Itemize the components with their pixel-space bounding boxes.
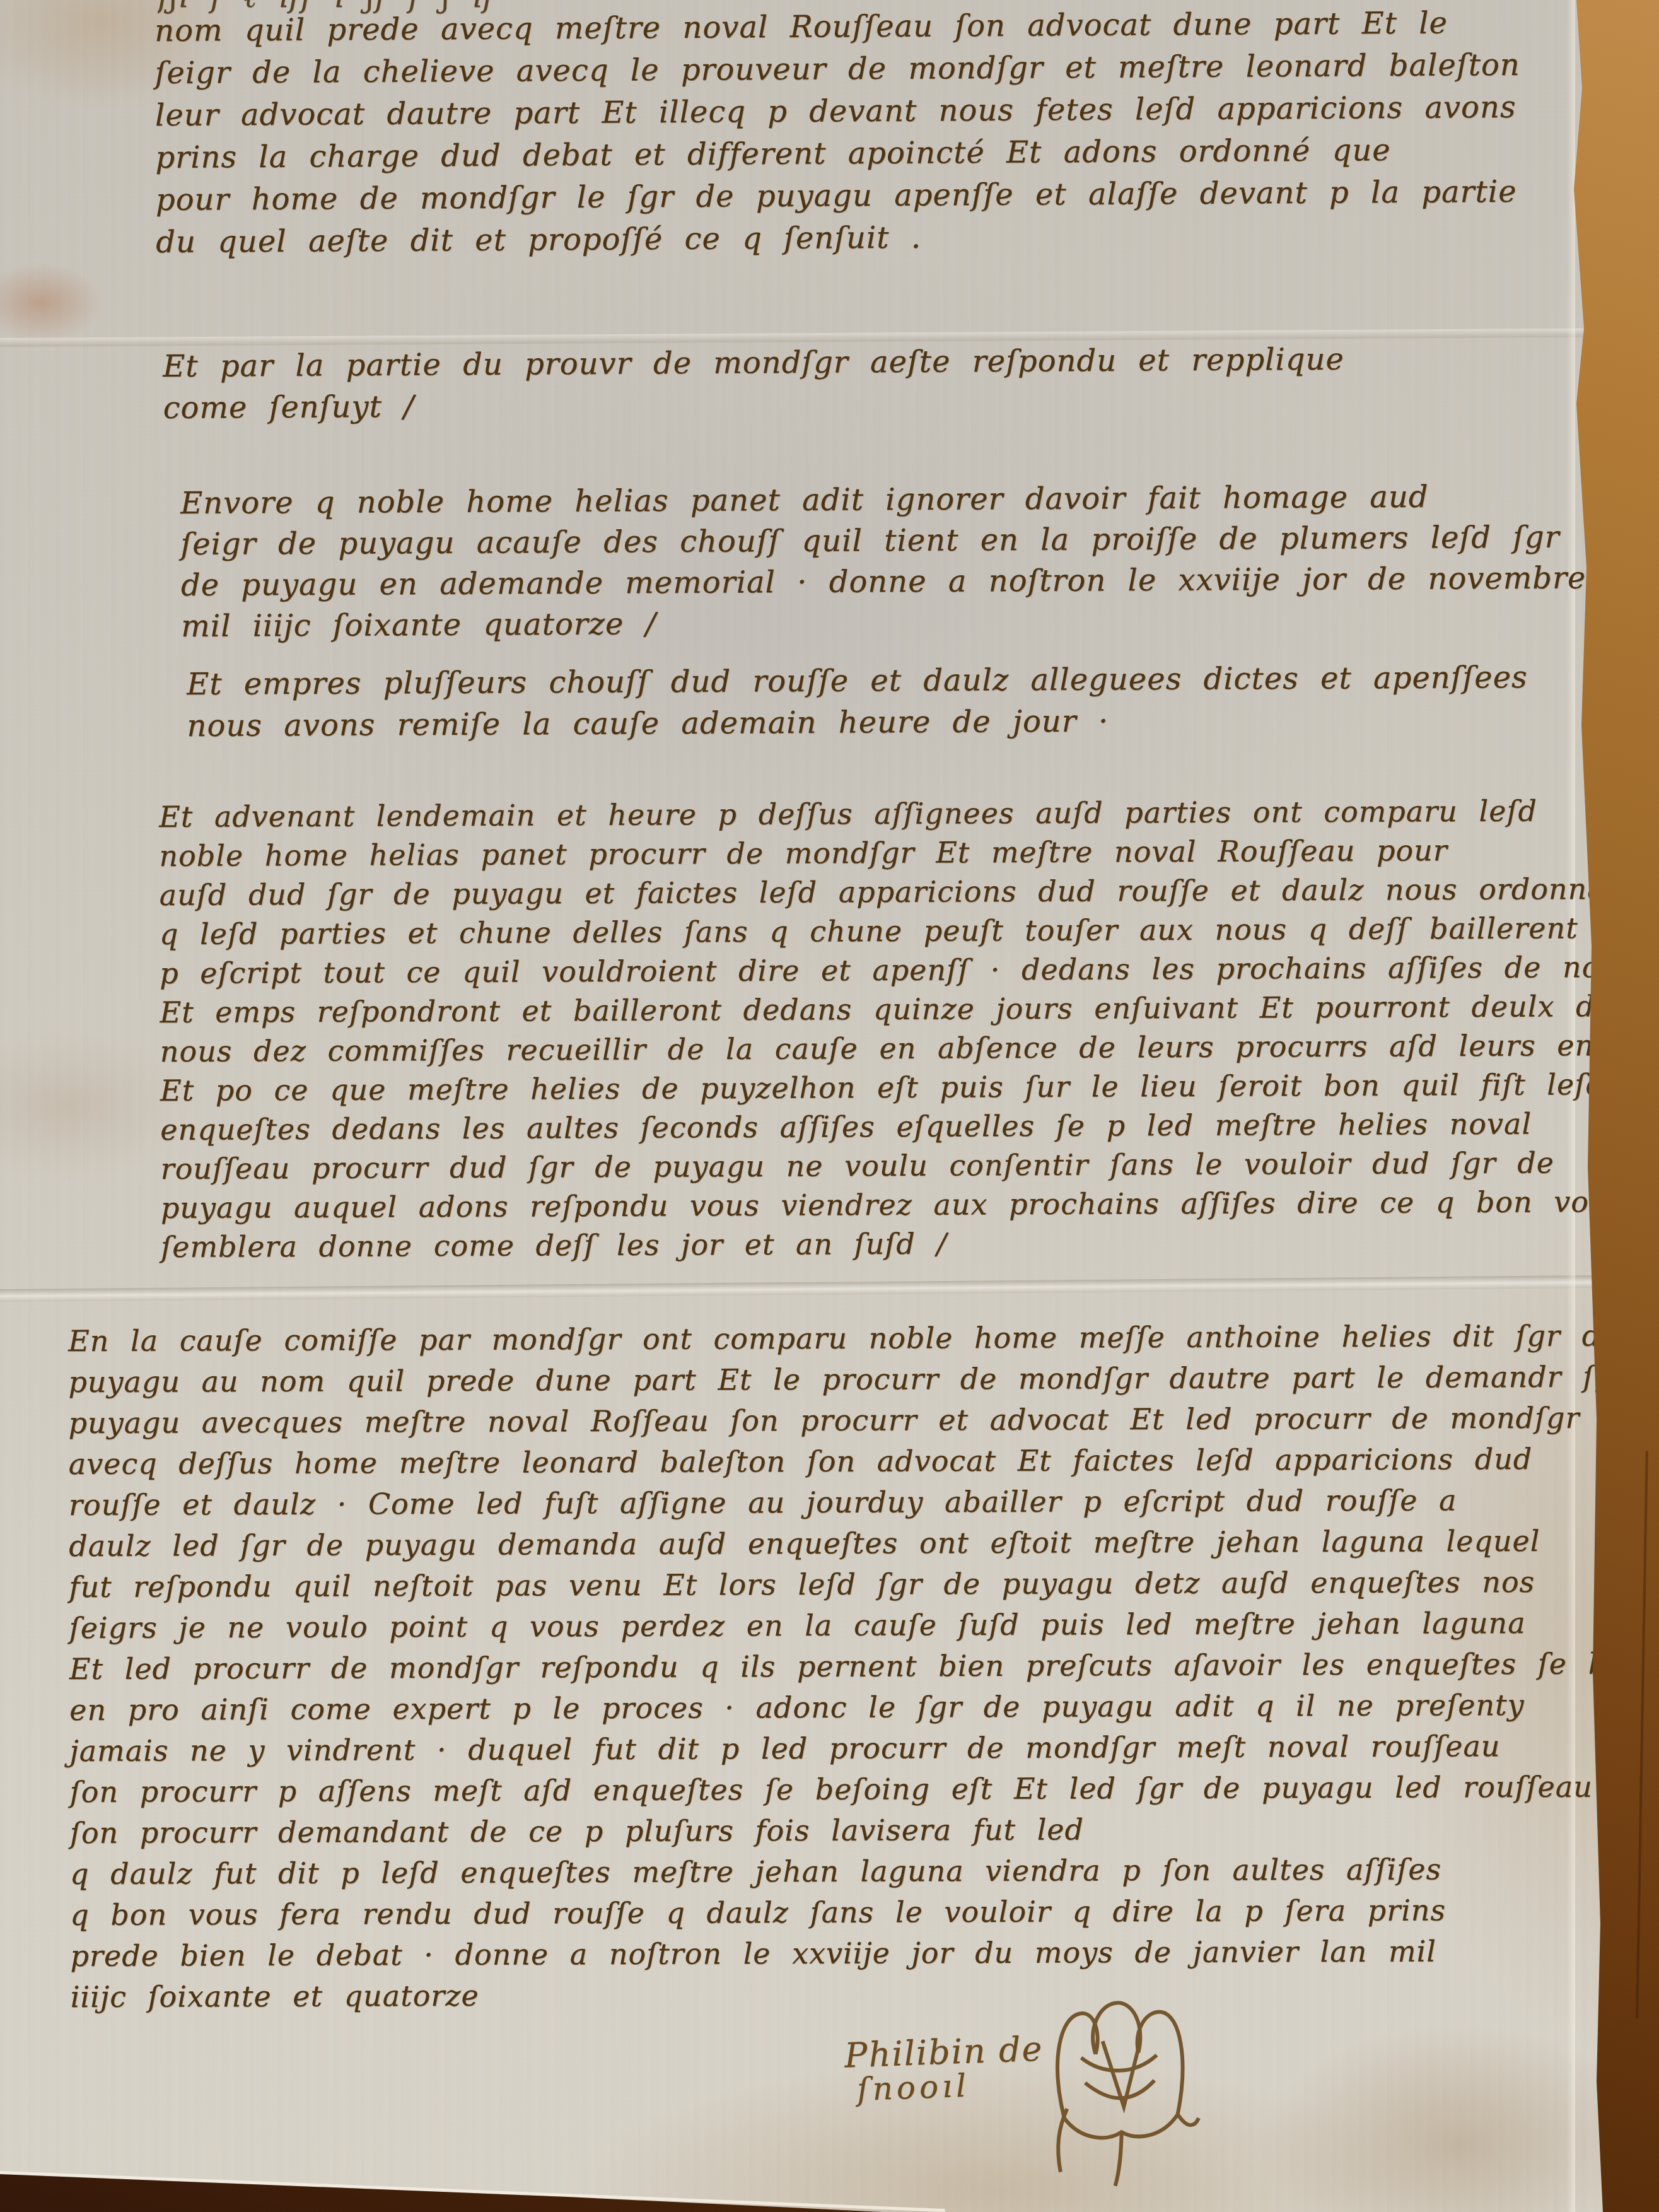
manuscript-line: ſemblera donne come deſſ les jor et an ſ… <box>161 1220 1659 1267</box>
manuscript-line: de puyagu en ademande memorial · donne a… <box>181 558 1657 606</box>
manuscript-line: du quel aeſte dit et propoſſé ce q ſenſu… <box>156 213 1521 264</box>
manuscript-line: En la cauſe comiſſe par mondſgr ont comp… <box>68 1315 1659 1362</box>
manuscript-line: q bon vous fera rendu dud rouſſe q daulz… <box>70 1889 1659 1936</box>
manuscript-line: enqueſtes dedans les aultes ſeconds aſſi… <box>160 1103 1659 1149</box>
manuscript-line: rouſſeau procurr dud ſgr de puyagu ne vo… <box>160 1142 1659 1188</box>
knot-flourish-icon <box>1025 1977 1221 2192</box>
parchment-sheet: ſʃı ſ ℓ ıſſ ı ʃſ ſ ʃ ıſnom quil prede av… <box>0 0 1659 2212</box>
manuscript-line: fut reſpondu quil neſtoit pas venu Et lo… <box>69 1561 1659 1608</box>
manuscript-line: iiijc ſoixante et quatorze <box>71 1971 1659 2018</box>
manuscript-line: ſon procurr p aſſens meſt aſd enqueſtes … <box>69 1766 1659 1813</box>
manuscript-line: nous avons remiſe la cauſe ademain heure… <box>187 698 1528 747</box>
manuscript-line: ſeigr de puyagu acauſe des chouſſ quil t… <box>180 517 1656 565</box>
manuscript-line: mil iiijc ſoixante quatorze / <box>181 599 1657 647</box>
manuscript-paragraph: Envore q noble home helias panet adit ig… <box>180 476 1657 647</box>
manuscript-line: Et led procurr de mondſgr reſpondu q ils… <box>69 1643 1659 1690</box>
manuscript-line: pour home de mondſgr le ſgr de puyagu ap… <box>156 171 1521 221</box>
manuscript-line: jamais ne y vindrent · duquel fut dit p … <box>69 1725 1659 1772</box>
manuscript-line: auſd dud ſgr de puyagu et faictes leſd a… <box>160 869 1659 915</box>
manuscript-line: daulz led ſgr de puyagu demanda auſd enq… <box>69 1520 1659 1567</box>
manuscript-text: ſʃı ſ ℓ ıſſ ı ʃſ ſ ʃ ıſnom quil prede av… <box>0 0 1659 2212</box>
manuscript-line: puyagu avecques meſtre noval Roſſeau ſon… <box>68 1397 1659 1444</box>
manuscript-line: puyagu au nom quil prede dune part Et le… <box>68 1356 1659 1403</box>
manuscript-line: en pro ainſi come expert p le proces · a… <box>69 1684 1659 1731</box>
manuscript-line: p eſcript tout ce quil vouldroient dire … <box>160 947 1659 993</box>
manuscript-line: Et emps reſpondront et bailleront dedans… <box>160 986 1659 1032</box>
manuscript-line: Et par la partie du prouvr de mondſgr ae… <box>163 339 1344 387</box>
manuscript-line: q daulz fut dit p leſd enqueſtes meſtre … <box>70 1848 1659 1895</box>
signature-flourish-text: ſnooıl <box>856 2064 1045 2107</box>
manuscript-line: nous dez commiſſes recueillir de la cauſ… <box>160 1025 1659 1071</box>
manuscript-line: avecq deſſus home meſtre leonard baleſto… <box>69 1438 1659 1485</box>
manuscript-paragraph: nom quil prede avecq meſtre noval Rouſſe… <box>154 2 1521 264</box>
manuscript-paragraph: Et advenant lendemain et heure p deſſus … <box>159 790 1659 1267</box>
manuscript-line: Et advenant lendemain et heure p deſſus … <box>159 790 1659 836</box>
manuscript-line: q leſd parties et chune delles ſans q ch… <box>160 908 1659 954</box>
manuscript-paragraph: Et par la partie du prouvr de mondſgr ae… <box>163 339 1344 429</box>
manuscript-line: come ſenſuyt / <box>163 380 1344 429</box>
manuscript-photo: ſʃı ſ ℓ ıſſ ı ʃſ ſ ʃ ıſnom quil prede av… <box>0 0 1659 2212</box>
signature-block: Philibin de ſnooıl <box>844 2029 1045 2109</box>
manuscript-line: ſeigrs je ne voulo point q vous perdez e… <box>69 1602 1659 1649</box>
manuscript-paragraph: Et empres pluſſeurs chouſſ dud rouſſe et… <box>187 657 1528 747</box>
manuscript-line: prede bien le debat · donne a noſtron le… <box>70 1930 1659 1977</box>
manuscript-line: Et empres pluſſeurs chouſſ dud rouſſe et… <box>187 657 1528 705</box>
manuscript-line: Et po ce que meſtre helies de puyzelhon … <box>160 1064 1659 1110</box>
manuscript-line: Envore q noble home helias panet adit ig… <box>180 476 1656 524</box>
manuscript-line: ſon procurr demandant de ce p pluſurs fo… <box>70 1807 1659 1854</box>
manuscript-line: puyagu auquel adons reſpondu vous viendr… <box>161 1181 1659 1227</box>
wood-board-seam <box>1636 1451 1648 2018</box>
manuscript-paragraph: En la cauſe comiſſe par mondſgr ont comp… <box>68 1315 1659 2018</box>
manuscript-line: rouſſe et daulz · Come led fuſt aſſigne … <box>69 1479 1659 1526</box>
manuscript-line: noble home helias panet procurr de mondſ… <box>159 829 1659 875</box>
